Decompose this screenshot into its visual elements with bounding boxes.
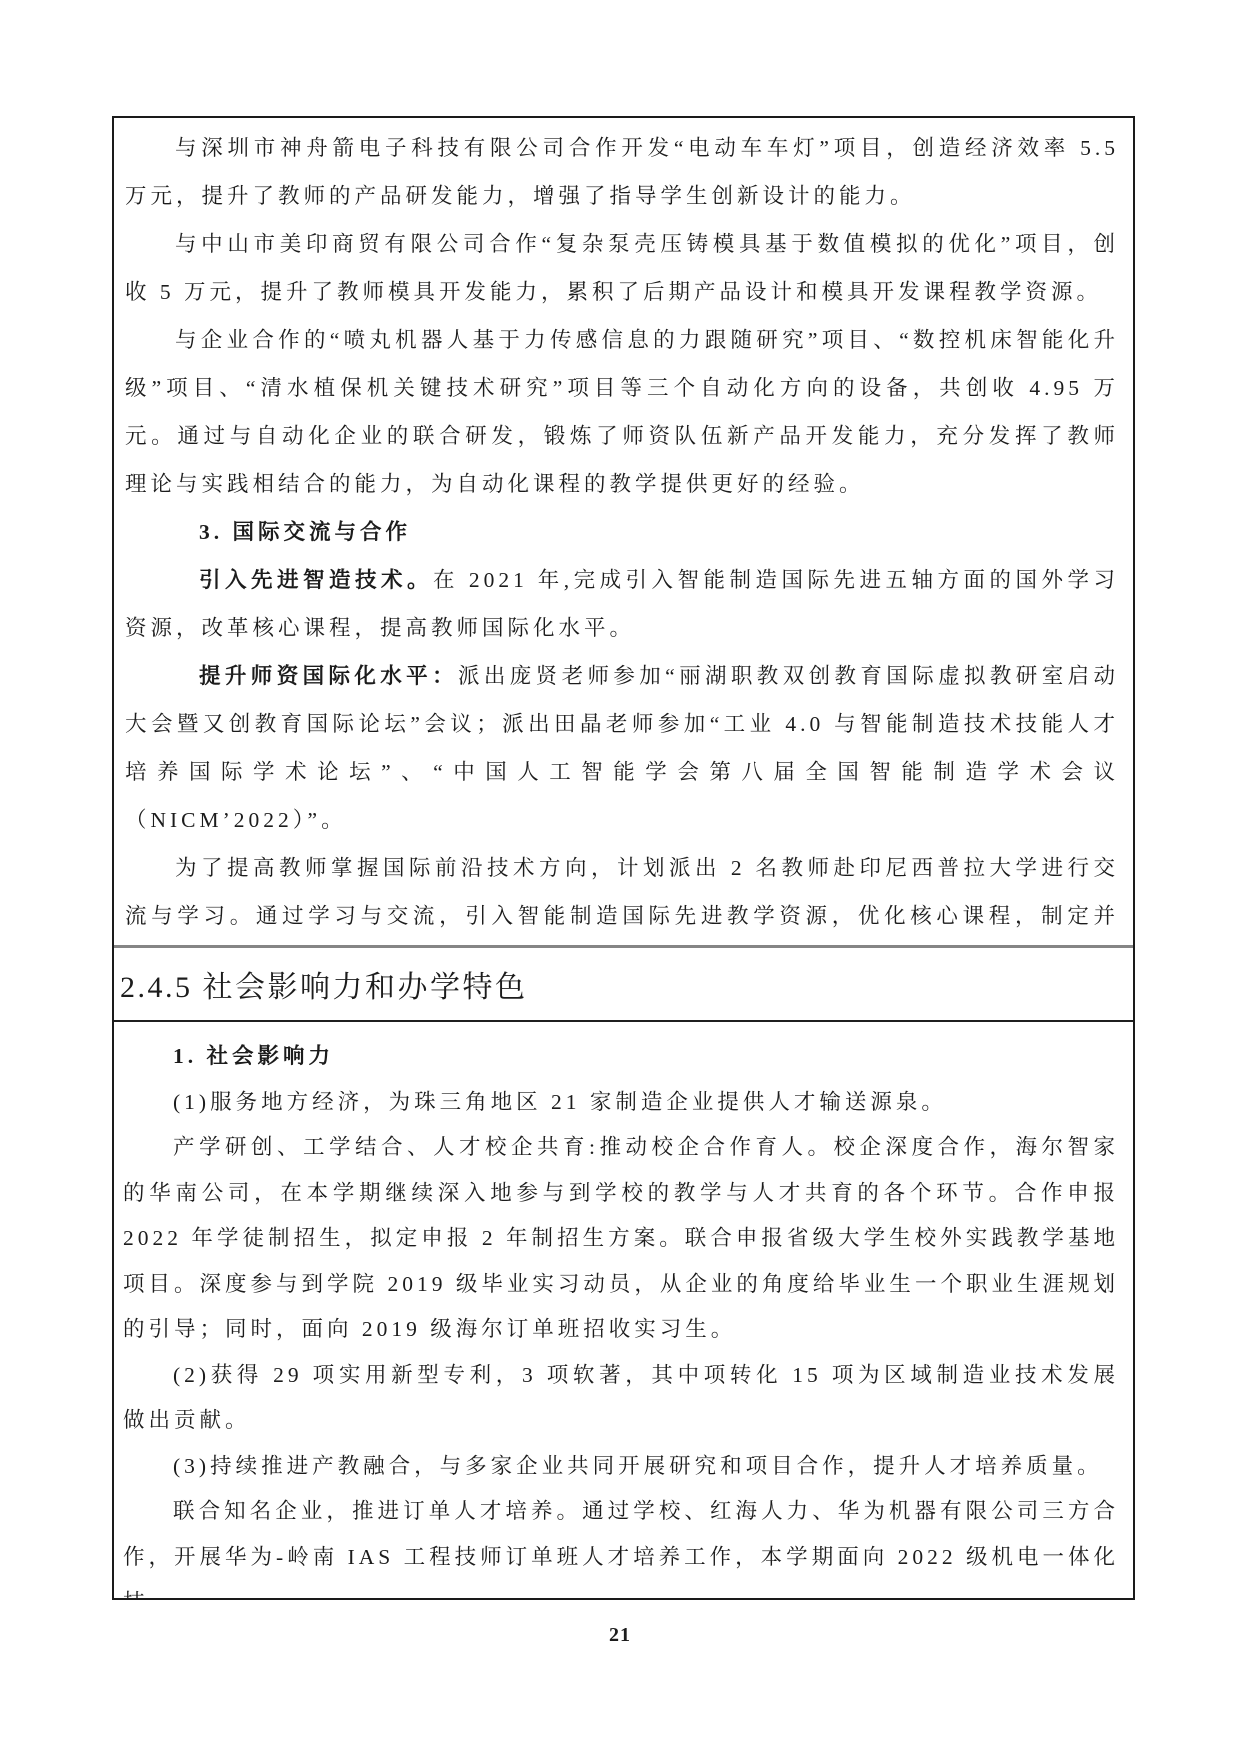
paragraph: 与深圳市神舟箭电子科技有限公司合作开发“电动车车灯”项目，创造经济效率 5.5 … — [125, 124, 1119, 220]
paragraph: 提升师资国际化水平：派出庞贤老师参加“丽湖职教双创教育国际虚拟教研室启动大会暨又… — [125, 652, 1119, 844]
page-number: 21 — [0, 1624, 1240, 1647]
paragraph: 产学研创、工学结合、人才校企共育:推动校企合作育人。校企深度合作，海尔智家的华南… — [123, 1125, 1119, 1353]
content-table: 与深圳市神舟箭电子科技有限公司合作开发“电动车车灯”项目，创造经济效率 5.5 … — [112, 116, 1135, 1600]
section-heading: 2.4.5 社会影响力和办学特色 — [120, 962, 528, 1006]
paragraph: (1)服务地方经济，为珠三角地区 21 家制造企业提供人才输送源泉。 — [123, 1080, 1119, 1126]
paragraph-text: 为了提高教师掌握国际前沿技术方向，计划派出 2 名教师赴印尼西普拉大学进行交流与… — [125, 856, 1119, 945]
paragraph: 引入先进智造技术。在 2021 年,完成引入智能制造国际先进五轴方面的国外学习资… — [125, 556, 1119, 652]
paragraph-text: 与深圳市神舟箭电子科技有限公司合作开发“电动车车灯”项目，创造经济效率 5.5 … — [125, 136, 1119, 208]
paragraph-text: 派出庞贤老师参加“丽湖职教双创教育国际虚拟教研室启动大会暨又创教育国际论坛”会议… — [125, 664, 1119, 832]
paragraph: 联合知名企业，推进订单人才培养。通过学校、红海人力、华为机器有限公司三方合作，开… — [123, 1489, 1119, 1598]
paragraph: 3. 国际交流与合作 — [125, 508, 1119, 556]
paragraph: (3)持续推进产教融合，与多家企业共同开展研究和项目合作，提升人才培养质量。 — [123, 1444, 1119, 1490]
section-heading-row: 2.4.5 社会影响力和办学特色 — [114, 945, 1133, 1022]
paragraph-text: (1)服务地方经济，为珠三角地区 21 家制造企业提供人才输送源泉。 — [173, 1090, 947, 1114]
paragraph: 与中山市美印商贸有限公司合作“复杂泵壳压铸模具基于数值模拟的优化”项目，创收 5… — [125, 220, 1119, 316]
paragraph: 与企业合作的“喷丸机器人基于力传感信息的力跟随研究”项目、“数控机床智能化升级”… — [125, 316, 1119, 508]
paragraph-text: 产学研创、工学结合、人才校企共育:推动校企合作育人。校企深度合作，海尔智家的华南… — [123, 1135, 1119, 1341]
paragraph-bold-lead: 3. 国际交流与合作 — [199, 520, 411, 544]
paragraph-text: 联合知名企业，推进订单人才培养。通过学校、红海人力、华为机器有限公司三方合作，开… — [123, 1499, 1119, 1598]
paragraph: (2)获得 29 项实用新型专利，3 项软著，其中项转化 15 项为区域制造业技… — [123, 1353, 1119, 1444]
table-cell-bottom: 1. 社会影响力(1)服务地方经济，为珠三角地区 21 家制造企业提供人才输送源… — [114, 1022, 1133, 1598]
paragraph-text: 与企业合作的“喷丸机器人基于力传感信息的力跟随研究”项目、“数控机床智能化升级”… — [125, 328, 1119, 496]
paragraph-text: 与中山市美印商贸有限公司合作“复杂泵壳压铸模具基于数值模拟的优化”项目，创收 5… — [125, 232, 1119, 304]
paragraph: 1. 社会影响力 — [123, 1034, 1119, 1080]
document-page: { "colors": { "frame_border": "#1a1a1a",… — [0, 0, 1240, 1753]
paragraph-bold-lead: 1. 社会影响力 — [173, 1044, 334, 1068]
paragraph-bold-lead: 提升师资国际化水平： — [199, 664, 458, 688]
paragraph-text: (3)持续推进产教融合，与多家企业共同开展研究和项目合作，提升人才培养质量。 — [173, 1454, 1103, 1478]
paragraph: 为了提高教师掌握国际前沿技术方向，计划派出 2 名教师赴印尼西普拉大学进行交流与… — [125, 844, 1119, 945]
paragraph-text: (2)获得 29 项实用新型专利，3 项软著，其中项转化 15 项为区域制造业技… — [123, 1363, 1119, 1433]
table-cell-top: 与深圳市神舟箭电子科技有限公司合作开发“电动车车灯”项目，创造经济效率 5.5 … — [114, 118, 1133, 945]
paragraph-bold-lead: 引入先进智造技术。 — [199, 568, 433, 592]
